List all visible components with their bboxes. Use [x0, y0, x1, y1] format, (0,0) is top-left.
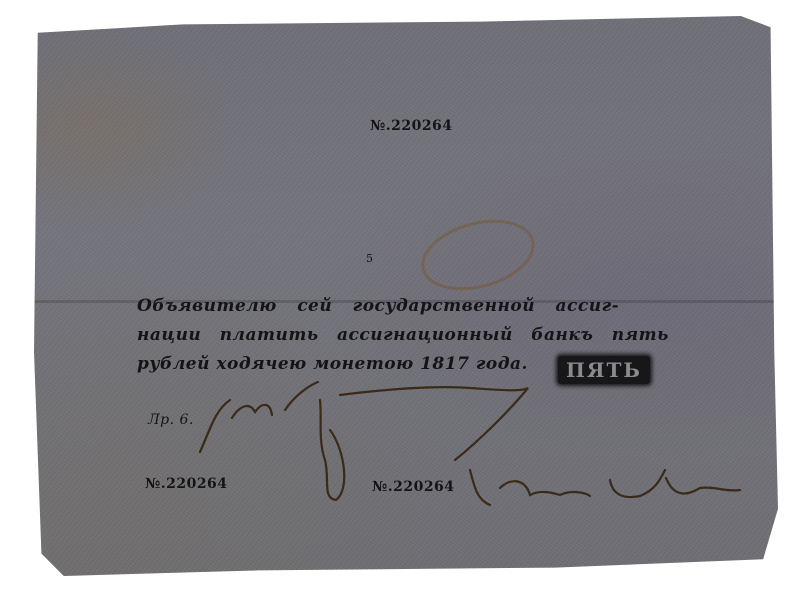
denomination-box: ПЯТЬ [558, 356, 650, 384]
serial-number-bottom-middle: №.220264 [372, 479, 455, 495]
serial-number-bottom-left: №.220264 [145, 476, 228, 492]
serial-number-top: №.220264 [370, 118, 453, 134]
reference-mark: Лр. 6. [148, 412, 194, 428]
small-mark: 5 [366, 252, 374, 265]
text-line-2: нации платить ассигнационный банкъ пять [137, 325, 669, 345]
text-line-3: рублей ходячею монетою 1817 года. [137, 354, 528, 374]
text-line-1: Объявителю сей государственной ассиг- [137, 296, 619, 316]
